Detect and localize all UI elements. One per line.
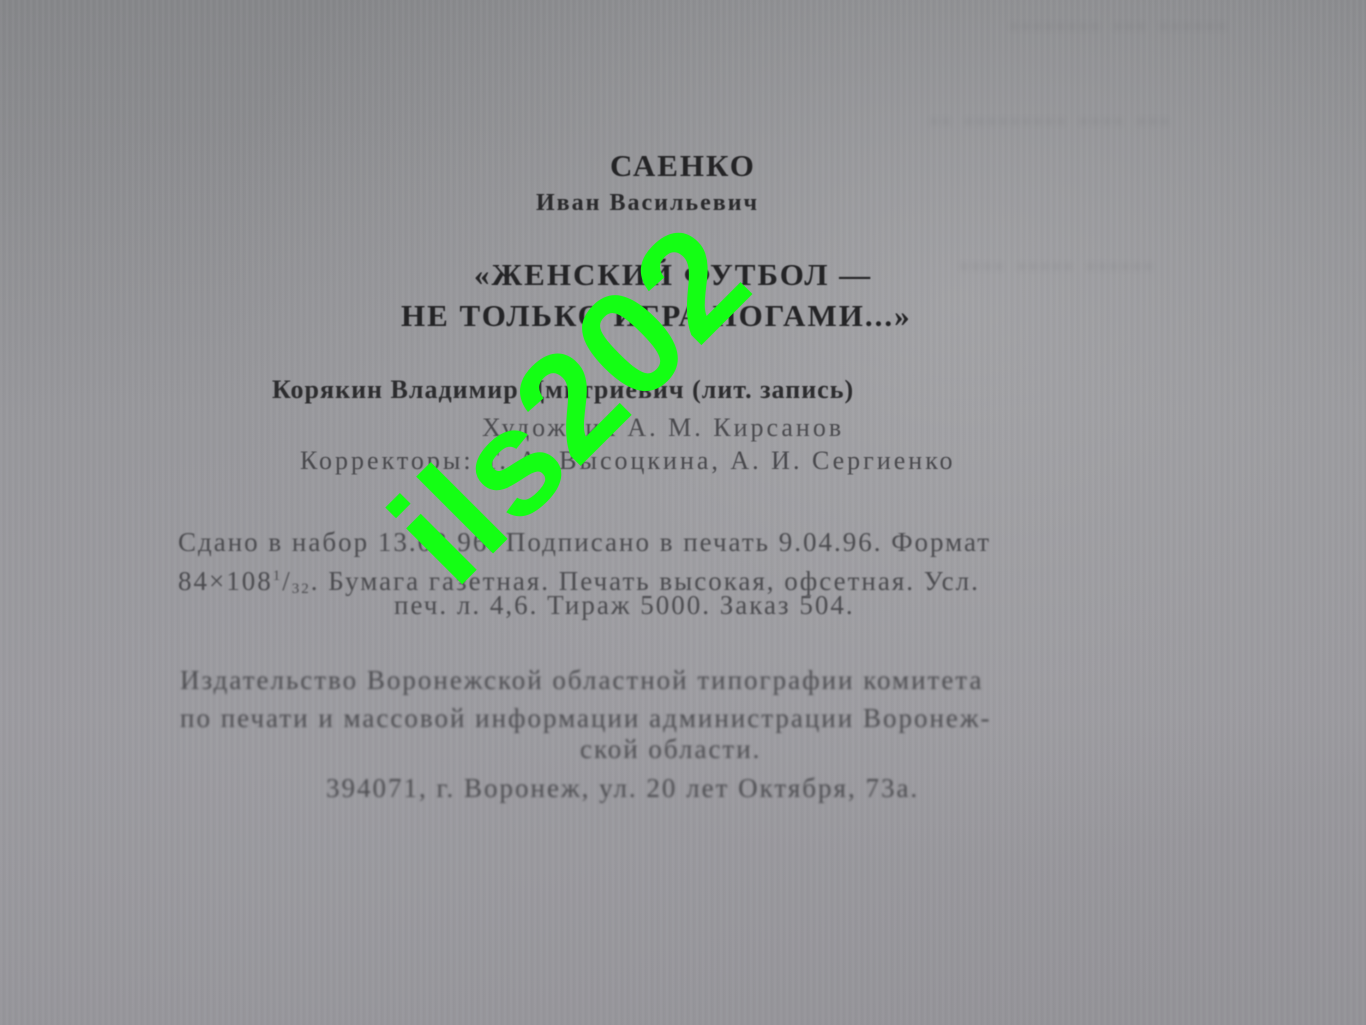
format-numerator: 1 — [273, 568, 283, 584]
show-through-text: .. ......... .... ... — [930, 95, 1172, 133]
publisher-line-1: Издательство Воронежской областной типог… — [180, 665, 983, 696]
publisher-line-2: по печати и массовой информации админист… — [180, 703, 992, 734]
show-through-text: .... ..... ...... — [960, 240, 1156, 278]
show-through-text: ........ ... ...... — [1010, 0, 1229, 38]
format-slash: / — [282, 566, 292, 596]
imprint-line-1: Сдано в набор 13.03.96. Подписано в печа… — [178, 527, 991, 558]
format-denominator: 32 — [292, 581, 311, 597]
author-surname: САЕНКО — [610, 148, 756, 184]
publisher-line-3: ской области. — [580, 734, 761, 765]
publisher-address: 394071, г. Воронеж, ул. 20 лет Октября, … — [326, 773, 919, 804]
format-prefix: 84×108 — [178, 566, 273, 596]
